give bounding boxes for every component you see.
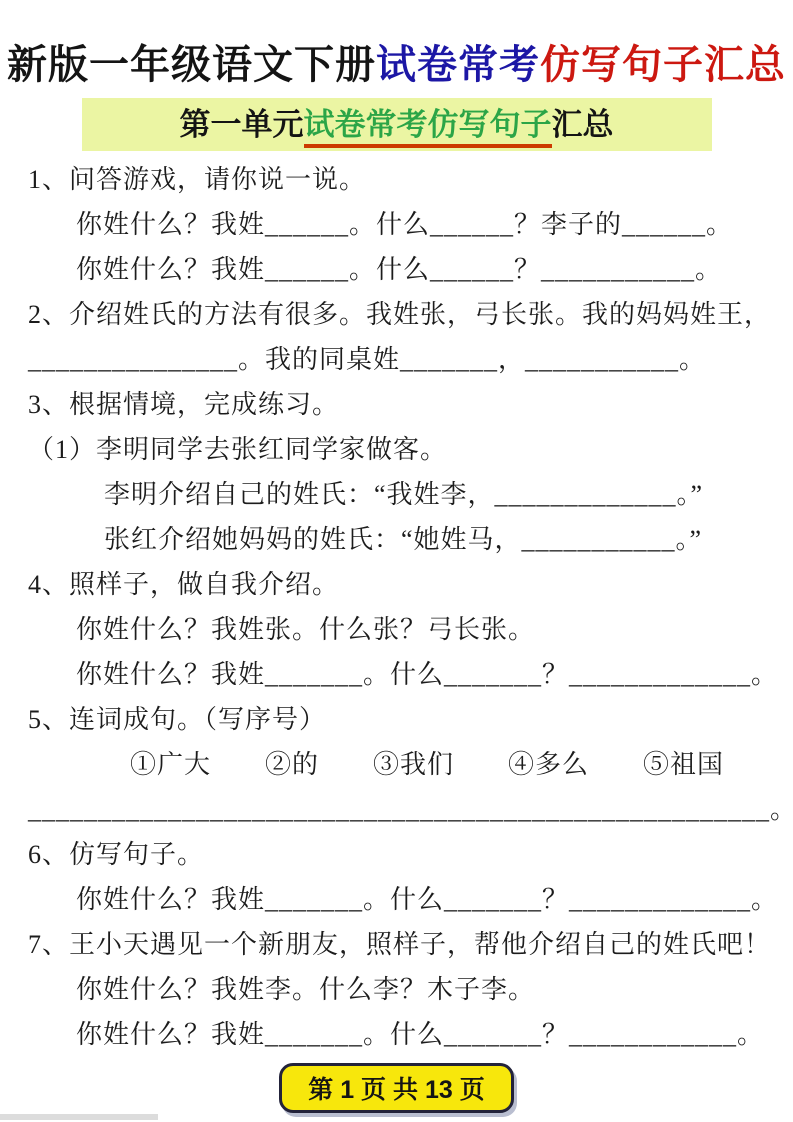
exercise-4-example: 你姓什么？我姓张。什么张？弓长张。	[0, 607, 793, 652]
title-segment-red: 仿写句子汇总	[540, 43, 786, 87]
exercise-1-fill-line-2: 你姓什么？我姓______。什么______？___________。	[0, 247, 793, 292]
worksheet-page: 新版一年级语文下册试卷常考仿写句子汇总 第一单元试卷常考仿写句子汇总 1、问答游…	[0, 0, 793, 1122]
title-segment-black: 新版一年级语文下册	[7, 43, 376, 87]
exercise-list: 1、问答游戏，请你说一说。 你姓什么？我姓______。什么______？李子的…	[0, 157, 793, 1057]
exercise-3-prompt: 3、根据情境，完成练习。	[0, 382, 793, 427]
exercise-5-prompt: 5、连词成句。（写序号）	[0, 697, 793, 742]
exercise-7-prompt: 7、王小天遇见一个新朋友，照样子，帮他介绍自己的姓氏吧！	[0, 922, 793, 967]
exercise-6-fill-line: 你姓什么？我姓_______。什么_______？_____________。	[0, 877, 793, 922]
unit-subtitle-banner: 第一单元试卷常考仿写句子汇总	[82, 98, 712, 151]
exercise-4-prompt: 4、照样子，做自我介绍。	[0, 562, 793, 607]
subtitle-suffix: 汇总	[552, 107, 614, 142]
exercise-5-answer-line: ________________________________________…	[0, 787, 793, 832]
exercise-2-prompt: 2、介绍姓氏的方法有很多。我姓张，弓长张。我的妈妈姓王，	[0, 292, 793, 337]
page-number-badge: 第 1 页 共 13 页	[279, 1063, 513, 1113]
exercise-3-fill-line-1: 李明介绍自己的姓氏：“我姓李，_____________。”	[0, 472, 793, 517]
exercise-3-fill-line-2: 张红介绍她妈妈的姓氏：“她姓马，___________。”	[0, 517, 793, 562]
exercise-1-prompt: 1、问答游戏，请你说一说。	[0, 157, 793, 202]
exercise-7-fill-line: 你姓什么？我姓_______。什么_______？____________。	[0, 1012, 793, 1057]
exercise-7-example: 你姓什么？我姓李。什么李？木子李。	[0, 967, 793, 1012]
exercise-5-word-list: ①广大 ②的 ③我们 ④多么 ⑤祖国	[0, 742, 793, 787]
title-segment-blue: 试卷常考	[376, 43, 540, 87]
exercise-1-fill-line-1: 你姓什么？我姓______。什么______？李子的______。	[0, 202, 793, 247]
exercise-3-scenario: （1）李明同学去张红同学家做客。	[0, 427, 793, 472]
subtitle-prefix: 第一单元	[180, 107, 304, 142]
subtitle-highlight: 试卷常考仿写句子	[304, 107, 552, 148]
page-footer: 第 1 页 共 13 页	[0, 1063, 793, 1113]
exercise-6-prompt: 6、仿写句子。	[0, 832, 793, 877]
scan-artifact-strip	[0, 1114, 158, 1120]
exercise-2-fill-line: _______________。我的同桌姓_______，___________…	[0, 337, 793, 382]
exercise-4-fill-line: 你姓什么？我姓_______。什么_______？_____________。	[0, 652, 793, 697]
page-title: 新版一年级语文下册试卷常考仿写句子汇总	[0, 0, 793, 90]
